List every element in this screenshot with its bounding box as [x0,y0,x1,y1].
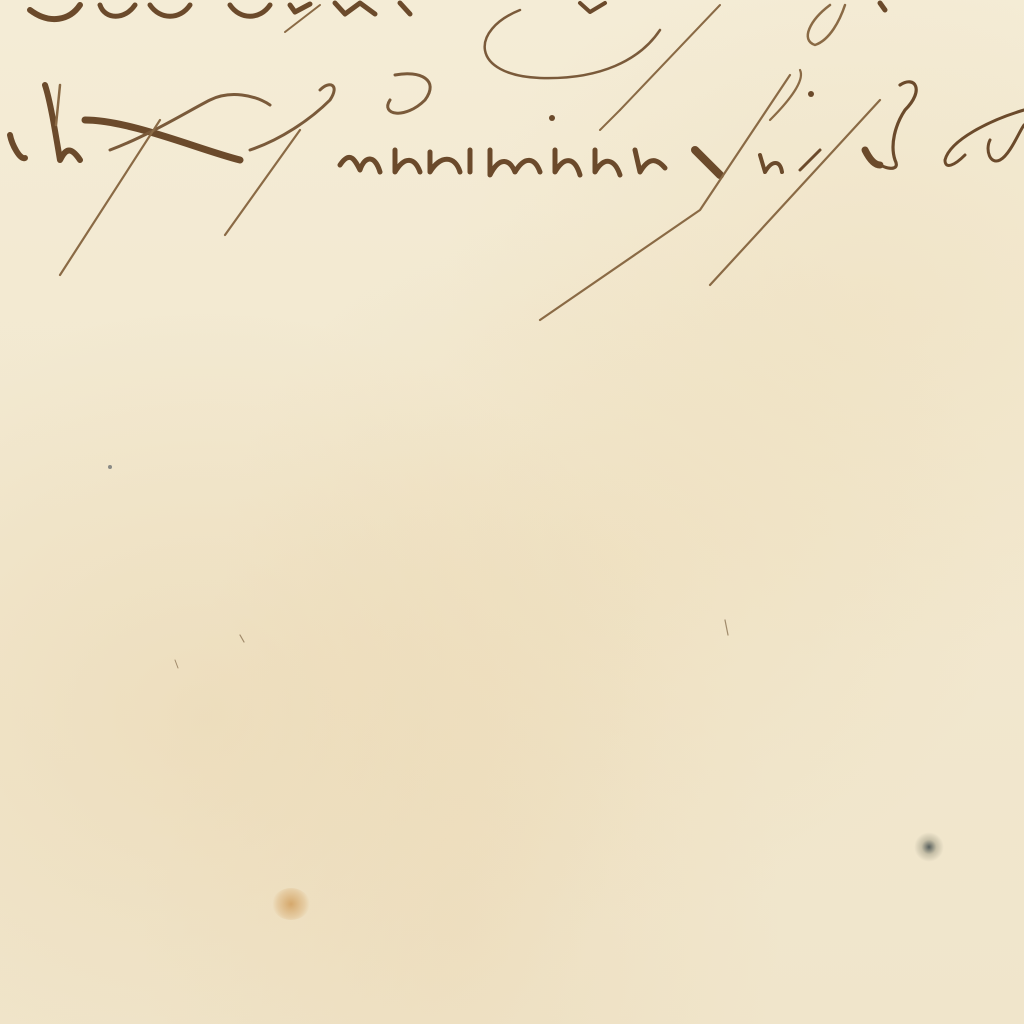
small-speck [108,465,112,469]
dark-ink-speck [914,832,944,862]
handwriting-strokes [0,0,1024,1024]
top-line-stroke [30,5,80,19]
brown-foxing-spot [272,888,310,920]
